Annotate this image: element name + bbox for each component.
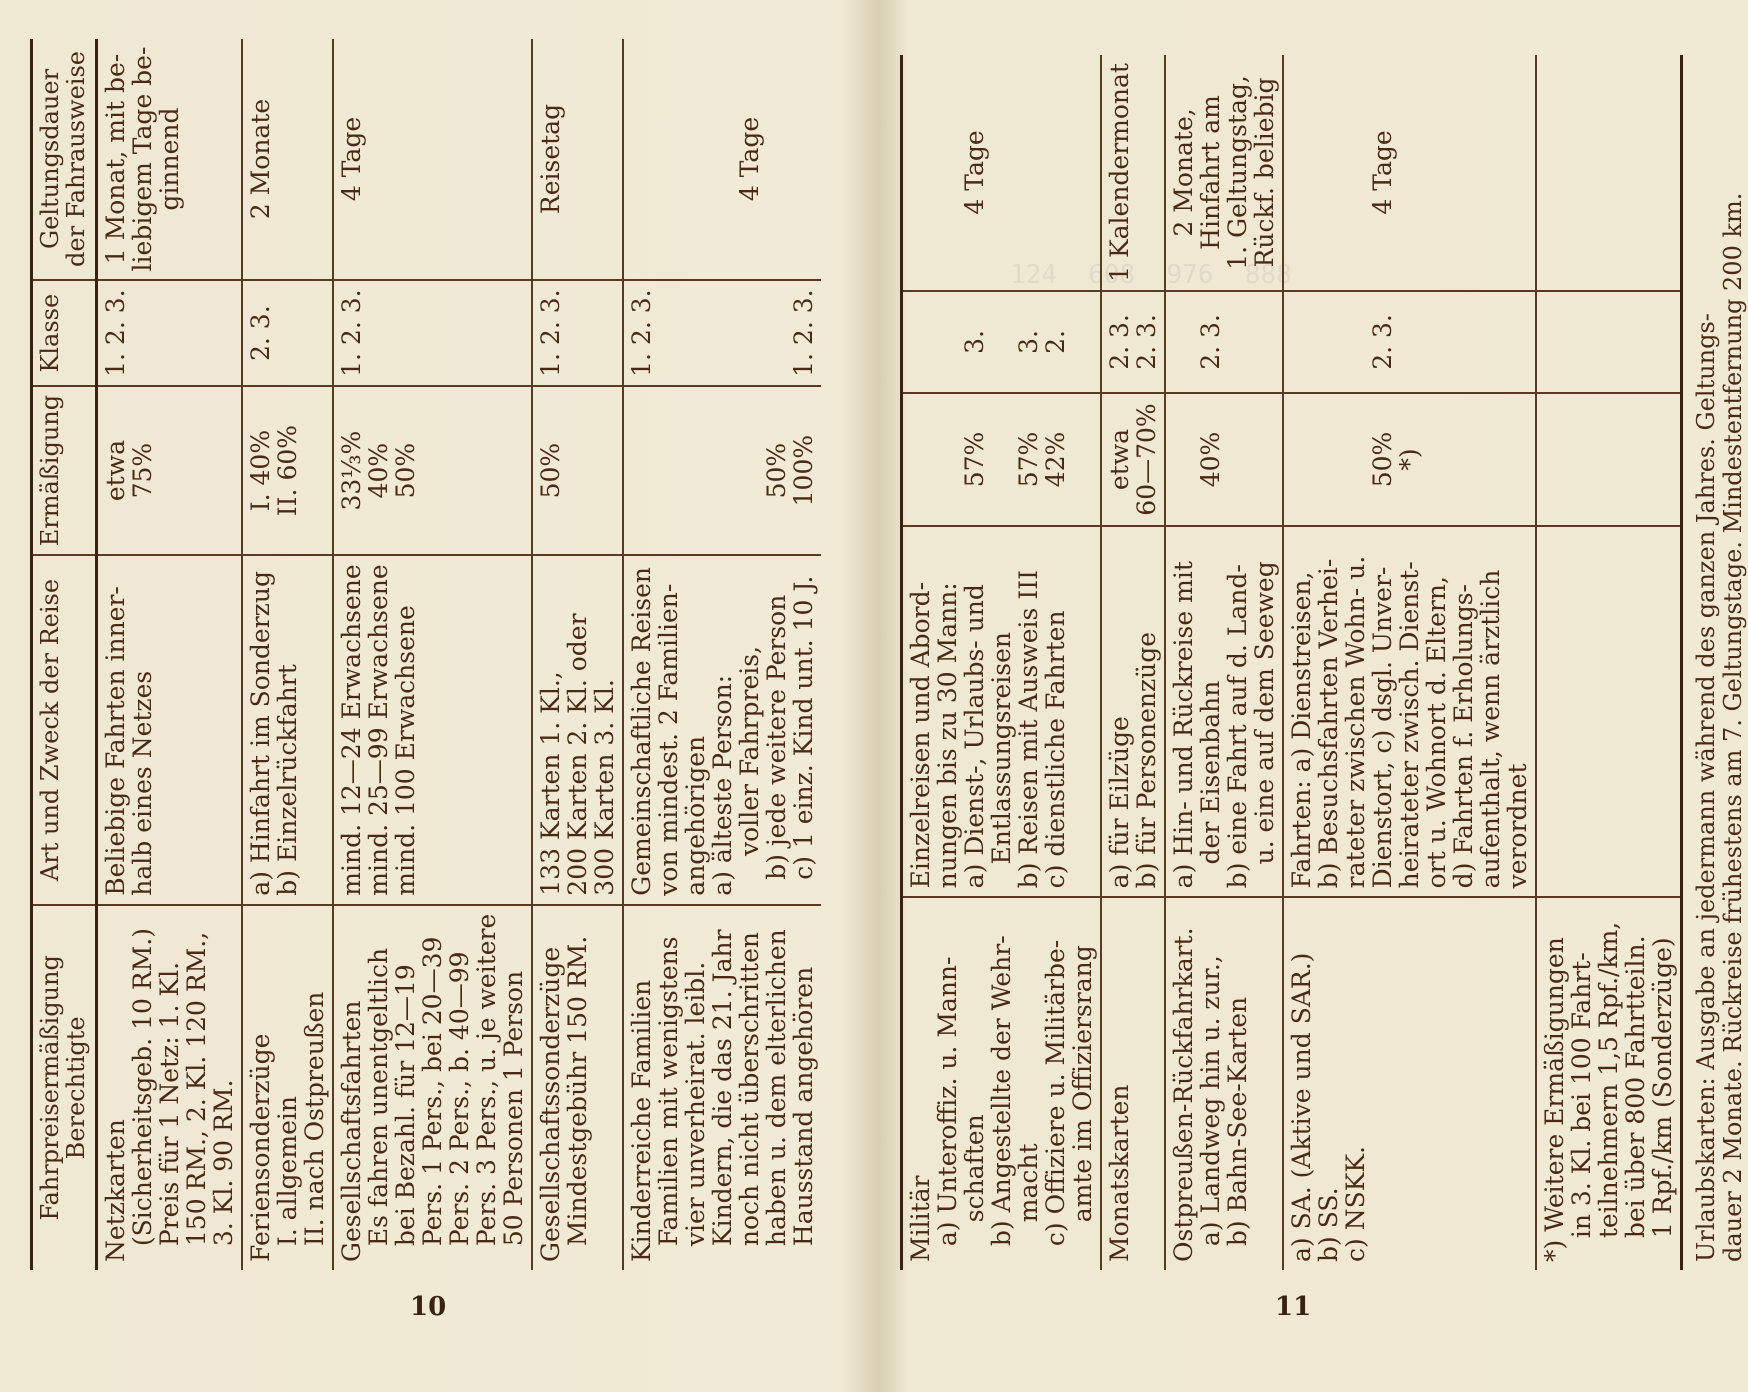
cell-line: 40%	[365, 395, 392, 546]
cell-line: 100%	[790, 395, 817, 546]
cell-line: 1. 2. 3.	[338, 289, 365, 376]
urlaubskarten-note: Urlaubskarten: Ausgabe an jedermann währ…	[1680, 55, 1748, 1270]
cell-line: a) Hin- und Rückreise mit	[1170, 535, 1197, 888]
cell-line	[655, 395, 682, 546]
cell-line: c) NSKK.	[1342, 906, 1369, 1262]
cell-line: 4 Tage	[736, 47, 763, 272]
cell-line: a) Landweg hin u. zur.,	[1197, 906, 1224, 1262]
cell-line	[1315, 63, 1342, 282]
header-geltungsdauer: Geltungsdauer der Fahrausweise	[32, 39, 97, 281]
cell-line: b) Einzelrückfahrt	[274, 564, 301, 895]
cell-line: 50%	[392, 395, 419, 546]
cell-line: angehörigen	[682, 564, 709, 895]
cell-line: Es fahren unentgeltlich	[365, 914, 392, 1262]
cell-line: b) Bahn-See-Karten	[1224, 906, 1251, 1262]
cell-geltungsdauer: 4 Tage	[902, 55, 1102, 291]
cell-line: I. 40%	[247, 395, 274, 546]
cell-line: Militär	[907, 906, 934, 1262]
cell-line: Kinderreiche Familien	[628, 914, 655, 1262]
cell-line: 2. 3.	[247, 289, 274, 376]
cell-line: 50%	[763, 395, 790, 546]
cell-ermaessigung: 33⅓%40%50%	[333, 386, 532, 555]
cell-art: 133 Karten 1. Kl.,200 Karten 2. Kl. oder…	[532, 555, 623, 904]
cell-line: 1 Monat, mit be-	[102, 47, 129, 272]
cell-line: Entlassungsreisen	[988, 535, 1015, 888]
cell-line	[709, 395, 736, 546]
cell-line: Einzelreisen und Abord-	[907, 535, 934, 888]
cell-line	[736, 289, 763, 376]
cell-line	[709, 289, 736, 376]
cell-line: Kindern, die das 21. Jahr	[709, 914, 736, 1262]
cell-line: 3. Kl. 90 RM.	[210, 914, 237, 1262]
cell-line: c) dienstliche Fahrten	[1042, 535, 1069, 888]
cell-geltungsdauer: 4 Tage	[623, 39, 821, 281]
cell-line: heirateter zwisch. Dienst-	[1396, 535, 1423, 888]
cell-art: Einzelreisen und Abord-nungen bis zu 30 …	[902, 526, 1102, 897]
header-art: Art und Zweck der Reise	[32, 555, 97, 904]
cell-ermaessigung: 50%*)	[1283, 393, 1536, 526]
table-body-page-11: Militär a) Unteroffiz. u. Mann- schaften…	[902, 55, 1681, 1270]
cell-line: 133 Karten 1. Kl.,	[537, 564, 564, 895]
cell-line: mind. 25—99 Erwachsene	[365, 564, 392, 895]
cell-line: b) für Personenzüge	[1133, 535, 1160, 888]
header-berechtigte: Fahrpreisermäßigung Berechtigte	[32, 905, 97, 1270]
fare-table-page-11: Militär a) Unteroffiz. u. Mann- schaften…	[900, 55, 1680, 1270]
cell-line	[1315, 402, 1342, 517]
table-row: Militär a) Unteroffiz. u. Mann- schaften…	[902, 55, 1102, 1270]
cell-ermaessigung	[1536, 393, 1680, 526]
cell-line	[682, 395, 709, 546]
cell-line: 2. 3.	[1133, 300, 1160, 384]
cell-line: d) Fahrten f. Erholungs-	[1450, 535, 1477, 888]
cell-line	[988, 402, 1015, 517]
cell-line	[709, 47, 736, 272]
cell-line: nungen bis zu 30 Mann:	[934, 535, 961, 888]
cell-line: a) Unteroffiz. u. Mann-	[934, 906, 961, 1262]
cell-line: Beliebige Fahrten inner-	[102, 564, 129, 895]
header-ermaessigung: Ermäßigung	[32, 386, 97, 555]
cell-geltungsdauer: 4 Tage	[333, 39, 532, 281]
cell-klasse: 1. 2. 3. 1. 2. 3.	[623, 280, 821, 385]
cell-line: amte im Offiziersrang	[1069, 906, 1096, 1262]
cell-line: haben u. dem elterlichen	[763, 914, 790, 1262]
page-10: Fahrpreisermäßigung Berechtigte Art und …	[0, 0, 873, 1392]
cell-line	[934, 402, 961, 517]
cell-berechtigte: *) Weitere Ermäßigungen in 3. Kl. bei 10…	[1536, 897, 1680, 1270]
cell-line: 2. 3.	[1369, 300, 1396, 384]
cell-art: a) für Eilzügeb) für Personenzüge	[1101, 526, 1165, 897]
cell-line: 1. 2. 3.	[628, 289, 655, 376]
cell-berechtigte: Gesellschaftssonderzüge Mindestgebühr 15…	[532, 905, 623, 1270]
cell-klasse: 3. 3.2.	[902, 291, 1102, 393]
page-number: 11	[1275, 1292, 1311, 1322]
cell-line	[1342, 300, 1369, 384]
cell-line	[736, 395, 763, 546]
cell-line: mind. 100 Erwachsene	[392, 564, 419, 895]
cell-line: 3.	[961, 300, 988, 384]
cell-line: Preis für 1 Netz: 1. Kl.	[156, 914, 183, 1262]
cell-line	[1315, 300, 1342, 384]
cell-line: II. 60%	[274, 395, 301, 546]
cell-ermaessigung: 50%	[532, 386, 623, 555]
cell-line	[655, 47, 682, 272]
cell-klasse: 2. 3.2. 3.	[1101, 291, 1165, 393]
cell-berechtigte: Feriensonderzüge I. allgemein II. nach O…	[242, 905, 333, 1270]
cell-geltungsdauer: 2 Monate	[242, 39, 333, 281]
cell-klasse: 1. 2. 3.	[532, 280, 623, 385]
cell-line: Monatskarten	[1106, 906, 1133, 1262]
cell-line: 4 Tage	[961, 63, 988, 282]
cell-line: verordnet	[1504, 535, 1531, 888]
note-line: Urlaubskarten: Ausgabe an jedermann währ…	[1693, 63, 1720, 1262]
cell-line: a) älteste Person:	[709, 564, 736, 895]
cell-line: II. nach Ostpreußen	[301, 914, 328, 1262]
cell-line: 50%	[1369, 402, 1396, 517]
table-row: Gesellschaftssonderzüge Mindestgebühr 15…	[532, 39, 623, 1270]
cell-line	[1342, 402, 1369, 517]
cell-line	[682, 47, 709, 272]
cell-line: aufenthalt, wenn ärztlich	[1477, 535, 1504, 888]
cell-klasse	[1536, 291, 1680, 393]
cell-line: 1. 2. 3.	[537, 289, 564, 376]
cell-line: liebigem Tage be-	[129, 47, 156, 272]
table-row: Feriensonderzüge I. allgemein II. nach O…	[242, 39, 333, 1270]
cell-line: (Sicherheitsgeb. 10 RM.)	[129, 914, 156, 1262]
note-line: dauer 2 Monate. Rückreise frühestens am …	[1720, 63, 1747, 1262]
cell-line: 150 RM., 2. Kl. 120 RM.,	[183, 914, 210, 1262]
cell-line: 200 Karten 2. Kl. oder	[564, 564, 591, 895]
cell-line: vier unverheirat. leibl.	[682, 914, 709, 1262]
cell-line	[1288, 300, 1315, 384]
cell-line	[907, 63, 934, 282]
cell-line: Feriensonderzüge	[247, 914, 274, 1262]
cell-berechtigte: Militär a) Unteroffiz. u. Mann- schaften…	[902, 897, 1102, 1270]
cell-line: rateter zwischen Wohn- u.	[1342, 535, 1369, 888]
cell-line: 2 Monate,	[1170, 63, 1197, 282]
cell-line: 1. 2. 3.	[102, 289, 129, 376]
cell-line: 4 Tage	[1369, 63, 1396, 282]
cell-line	[907, 402, 934, 517]
cell-line: c) Offiziere u. Militärbe-	[1042, 906, 1069, 1262]
cell-line: Pers. 2 Pers., b. 40—99	[446, 914, 473, 1262]
cell-klasse: 2. 3.	[242, 280, 333, 385]
cell-line: b) Besuchsfahrten Verhei-	[1315, 535, 1342, 888]
cell-line: macht	[1015, 906, 1042, 1262]
cell-line: bei über 800 Fahrtteiln.	[1622, 906, 1649, 1262]
table-row: Monatskartena) für Eilzügeb) für Persone…	[1101, 55, 1165, 1270]
cell-berechtigte: Ostpreußen-Rückfahrkart. a) Landweg hin …	[1165, 897, 1283, 1270]
cell-line: voller Fahrpreis,	[736, 564, 763, 895]
cell-line: b) Angestellte der Wehr-	[988, 906, 1015, 1262]
table-row: a) SA. (Aktive und SAR.)b) SS.c) NSKK.Fa…	[1283, 55, 1536, 1270]
cell-art	[1536, 526, 1680, 897]
cell-line: 1. 2. 3.	[790, 289, 817, 376]
cell-line: Gesellschaftsfahrten	[338, 914, 365, 1262]
cell-line: u. eine auf dem Seeweg	[1251, 535, 1278, 888]
cell-line: Gemeinschaftliche Reisen	[628, 564, 655, 895]
cell-line: Pers. 1 Pers., bei 20—39	[419, 914, 446, 1262]
cell-line: Hausstand angehören	[790, 914, 817, 1262]
page-11: Militär a) Unteroffiz. u. Mann- schaften…	[880, 0, 1748, 1392]
cell-line: Gesellschaftssonderzüge	[537, 914, 564, 1262]
cell-klasse: 2. 3.	[1165, 291, 1283, 393]
cell-geltungsdauer	[1536, 55, 1680, 291]
cell-line: ort u. Wohnort d. Eltern,	[1423, 535, 1450, 888]
cell-line: 2. 3.	[1197, 300, 1224, 384]
cell-line: 60—70%	[1133, 402, 1160, 517]
cell-line: a) für Eilzüge	[1106, 535, 1133, 888]
cell-line: a) Dienst-, Urlaubs- und	[961, 535, 988, 888]
book-spread: 124 608 976 888 Fahrpreisermäßigung Bere…	[0, 0, 1748, 1392]
cell-line: 57%	[961, 402, 988, 517]
cell-art: a) Hin- und Rückreise mit der Eisenbahnb…	[1165, 526, 1283, 897]
table-row: Netzkarten (Sicherheitsgeb. 10 RM.) Prei…	[97, 39, 243, 1270]
cell-line	[1342, 63, 1369, 282]
cell-berechtigte: Kinderreiche Familien Familien mit wenig…	[623, 905, 821, 1270]
cell-line: noch nicht überschritten	[736, 914, 763, 1262]
cell-art: Beliebige Fahrten inner-halb eines Netze…	[97, 555, 243, 904]
cell-line: ginnend	[156, 47, 183, 272]
table-row: Gesellschaftsfahrten Es fahren unentgelt…	[333, 39, 532, 1270]
cell-line: 1 Rpf./km (Sonderzüge)	[1649, 906, 1676, 1262]
cell-ermaessigung: 40%	[1165, 393, 1283, 526]
fare-table-page-10: Fahrpreisermäßigung Berechtigte Art und …	[30, 39, 821, 1270]
cell-line: Familien mit wenigstens	[655, 914, 682, 1262]
table-row: *) Weitere Ermäßigungen in 3. Kl. bei 10…	[1536, 55, 1680, 1270]
cell-line: 33⅓%	[338, 395, 365, 546]
cell-art: Gemeinschaftliche Reisenvon mindest. 2 F…	[623, 555, 821, 904]
cell-line	[628, 395, 655, 546]
cell-berechtigte: Monatskarten	[1101, 897, 1165, 1270]
cell-line: Reisetag	[537, 47, 564, 272]
cell-klasse: 2. 3.	[1283, 291, 1536, 393]
cell-line: schaften	[961, 906, 988, 1262]
cell-line: 50%	[537, 395, 564, 546]
cell-line: 1 Kalendermonat	[1106, 63, 1133, 282]
cell-line	[1170, 300, 1197, 384]
cell-line	[628, 47, 655, 272]
cell-geltungsdauer: 1 Monat, mit be-liebigem Tage be-ginnend	[97, 39, 243, 281]
cell-line: 57%	[1015, 402, 1042, 517]
cell-line: 50 Personen 1 Person	[500, 914, 527, 1262]
cell-geltungsdauer: 1 Kalendermonat	[1101, 55, 1165, 291]
cell-line: b) jede weitere Person	[763, 564, 790, 895]
cell-art: a) Hinfahrt im Sonderzugb) Einzelrückfah…	[242, 555, 333, 904]
cell-line	[655, 289, 682, 376]
cell-line: bei Bezahl. für 12—19	[392, 914, 419, 1262]
cell-line	[1170, 402, 1197, 517]
cell-line: 2. 3.	[1106, 300, 1133, 384]
cell-line: mind. 12—24 Erwachsene	[338, 564, 365, 895]
cell-ermaessigung: 57% 57%42%	[902, 393, 1102, 526]
cell-line	[682, 289, 709, 376]
cell-line: Pers. 3 Pers., u. je weitere	[473, 914, 500, 1262]
cell-line: der Eisenbahn	[1197, 535, 1224, 888]
cell-line: Hinfahrt am	[1197, 63, 1224, 282]
cell-line: b) Reisen mit Ausweis III	[1015, 535, 1042, 888]
cell-line: c) 1 einz. Kind unt. 10 J.	[790, 564, 817, 895]
cell-art: Fahrten: a) Dienstreisen,b) Besuchsfahrt…	[1283, 526, 1536, 897]
cell-line: Netzkarten	[102, 914, 129, 1262]
cell-art: mind. 12—24 Erwachsenemind. 25—99 Erwach…	[333, 555, 532, 904]
cell-line: 1. Geltungstag,	[1224, 63, 1251, 282]
cell-line	[1288, 402, 1315, 517]
cell-geltungsdauer: Reisetag	[532, 39, 623, 281]
cell-line: a) Hinfahrt im Sonderzug	[247, 564, 274, 895]
cell-line: Rückf. beliebig	[1251, 63, 1278, 282]
cell-line: *)	[1396, 402, 1423, 517]
cell-line: halb eines Netzes	[129, 564, 156, 895]
cell-line: Mindestgebühr 150 RM.	[564, 914, 591, 1262]
cell-geltungsdauer: 4 Tage	[1283, 55, 1536, 291]
table-body-page-10: Netzkarten (Sicherheitsgeb. 10 RM.) Prei…	[97, 39, 822, 1270]
table-row: Kinderreiche Familien Familien mit wenig…	[623, 39, 821, 1270]
cell-line: b) eine Fahrt auf d. Land-	[1224, 535, 1251, 888]
header-klasse: Klasse	[32, 280, 97, 385]
cell-klasse: 1. 2. 3.	[97, 280, 243, 385]
cell-line: Fahrten: a) Dienstreisen,	[1288, 535, 1315, 888]
cell-line	[934, 300, 961, 384]
cell-line: 2 Monate	[247, 47, 274, 272]
cell-ermaessigung: etwa60—70%	[1101, 393, 1165, 526]
cell-line: 40%	[1197, 402, 1224, 517]
cell-line: I. allgemein	[274, 914, 301, 1262]
cell-line	[907, 300, 934, 384]
cell-line: Dienstort, c) dsgl. Unver-	[1369, 535, 1396, 888]
cell-line: 300 Karten 3. Kl.	[591, 564, 618, 895]
cell-line: von mindest. 2 Familien-	[655, 564, 682, 895]
cell-line: 75%	[129, 395, 156, 546]
cell-ermaessigung: I. 40%II. 60%	[242, 386, 333, 555]
cell-line: 2.	[1042, 300, 1069, 384]
cell-line: in 3. Kl. bei 100 Fahrt-	[1568, 906, 1595, 1262]
cell-ermaessigung: etwa75%	[97, 386, 243, 555]
table-row: Ostpreußen-Rückfahrkart. a) Landweg hin …	[1165, 55, 1283, 1270]
cell-line: *) Weitere Ermäßigungen	[1541, 906, 1568, 1262]
cell-line: b) SS.	[1315, 906, 1342, 1262]
fare-table-rotated-right: Militär a) Unteroffiz. u. Mann- schaften…	[900, 55, 1748, 1270]
fare-table-rotated-left: Fahrpreisermäßigung Berechtigte Art und …	[30, 55, 850, 1270]
cell-line: a) SA. (Aktive und SAR.)	[1288, 906, 1315, 1262]
cell-ermaessigung: 50%100%	[623, 386, 821, 555]
page-number: 10	[410, 1292, 446, 1322]
cell-line: 3.	[1015, 300, 1042, 384]
cell-geltungsdauer: 2 Monate,Hinfahrt am1. Geltungstag,Rückf…	[1165, 55, 1283, 291]
cell-berechtigte: a) SA. (Aktive und SAR.)b) SS.c) NSKK.	[1283, 897, 1536, 1270]
cell-line	[988, 300, 1015, 384]
cell-line: 42%	[1042, 402, 1069, 517]
cell-klasse: 1. 2. 3.	[333, 280, 532, 385]
cell-line: 4 Tage	[338, 47, 365, 272]
cell-line: etwa	[102, 395, 129, 546]
cell-line	[934, 63, 961, 282]
cell-berechtigte: Netzkarten (Sicherheitsgeb. 10 RM.) Prei…	[97, 905, 243, 1270]
cell-line	[763, 289, 790, 376]
cell-line	[1288, 63, 1315, 282]
cell-line: etwa	[1106, 402, 1133, 517]
cell-line: teilnehmern 1,5 Rpf./km,	[1595, 906, 1622, 1262]
cell-line: Ostpreußen-Rückfahrkart.	[1170, 906, 1197, 1262]
cell-berechtigte: Gesellschaftsfahrten Es fahren unentgelt…	[333, 905, 532, 1270]
